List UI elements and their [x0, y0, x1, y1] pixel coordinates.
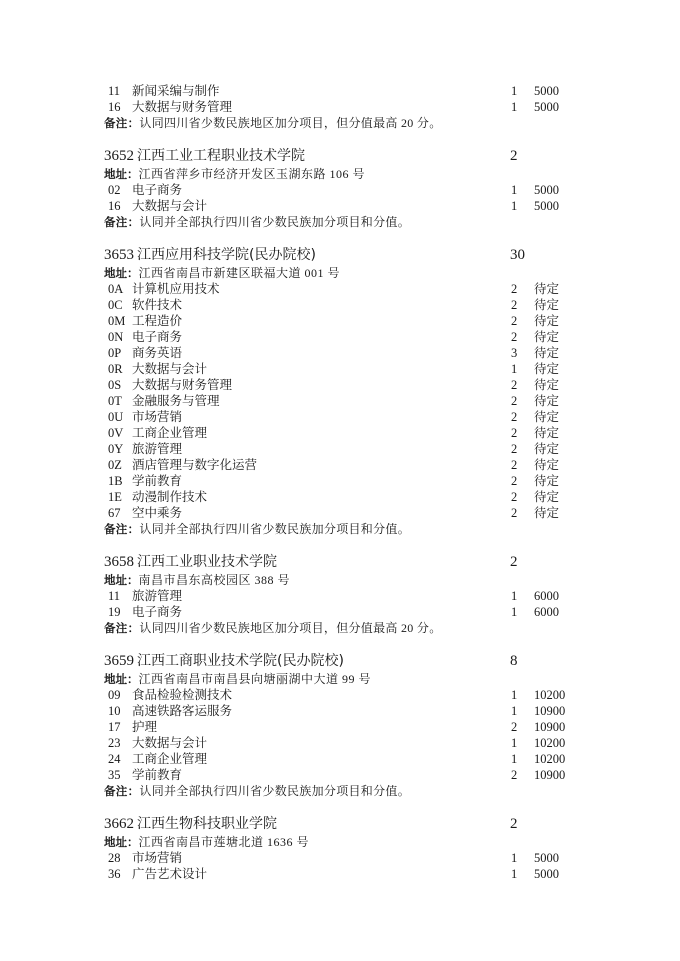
address-text: 江西省萍乡市经济开发区玉湖东路 106 号 [139, 167, 366, 181]
program-fee: 待定 [534, 361, 559, 377]
program-name: 护理 [132, 719, 157, 735]
program-row: 0U市场营销2待定 [104, 409, 584, 425]
program-row: 0T金融服务与管理2待定 [104, 393, 584, 409]
note-text: 认同并全部执行四川省少数民族加分项目和分值。 [139, 215, 410, 229]
program-code: 67 [108, 505, 121, 521]
program-name: 大数据与会计 [132, 361, 207, 377]
program-count: 1 [511, 83, 517, 99]
program-code: 0N [108, 329, 123, 345]
program-list: 0A计算机应用技术2待定0C软件技术2待定0M工程造价2待定0N电子商务2待定0… [104, 281, 584, 521]
note: 备注：认同并全部执行四川省少数民族加分项目和分值。 [104, 783, 584, 799]
note: 备注：认同四川省少数民族地区加分项目，但分值最高 20 分。 [104, 620, 584, 636]
program-fee: 5000 [534, 850, 559, 866]
school-name: 江西工业工程职业技术学院 [137, 146, 305, 166]
program-name: 学前教育 [132, 473, 182, 489]
program-row: 0A计算机应用技术2待定 [104, 281, 584, 297]
program-fee: 10200 [534, 751, 565, 767]
address-label: 地址： [104, 266, 139, 280]
program-name: 动漫制作技术 [132, 489, 207, 505]
program-fee: 待定 [534, 473, 559, 489]
note-label: 备注： [104, 784, 139, 798]
program-count: 1 [511, 703, 517, 719]
program-row: 16 大数据与财务管理 1 5000 [104, 99, 584, 115]
program-code: 28 [108, 850, 121, 866]
note: 备注：认同并全部执行四川省少数民族加分项目和分值。 [104, 521, 584, 537]
school-header: 3658 江西工业职业技术学院 2 [104, 552, 584, 572]
school-address: 地址：南昌市昌东高校园区 388 号 [104, 572, 584, 588]
program-fee: 待定 [534, 377, 559, 393]
program-name: 工程造价 [132, 313, 182, 329]
program-name: 电子商务 [132, 182, 182, 198]
program-row: 19电子商务16000 [104, 604, 584, 620]
program-fee: 待定 [534, 393, 559, 409]
program-code: 0R [108, 361, 123, 377]
program-count: 2 [511, 457, 517, 473]
program-name: 大数据与财务管理 [132, 377, 232, 393]
program-code: 11 [108, 588, 120, 604]
school-address: 地址：江西省南昌市南昌县向塘丽湖中大道 99 号 [104, 671, 584, 687]
program-count: 2 [511, 767, 517, 783]
program-row: 0N电子商务2待定 [104, 329, 584, 345]
school-id: 3659 [104, 651, 134, 671]
program-name: 市场营销 [132, 850, 182, 866]
program-name: 大数据与财务管理 [132, 99, 232, 115]
program-count: 1 [511, 687, 517, 703]
program-fee: 待定 [534, 441, 559, 457]
address-label: 地址： [104, 167, 139, 181]
program-count: 2 [511, 393, 517, 409]
program-fee: 10900 [534, 703, 565, 719]
program-row: 0P商务英语3待定 [104, 345, 584, 361]
program-row: 1E动漫制作技术2待定 [104, 489, 584, 505]
school-name: 江西工商职业技术学院(民办院校) [137, 651, 344, 671]
program-name: 工商企业管理 [132, 751, 207, 767]
program-count: 2 [511, 329, 517, 345]
program-row: 23大数据与会计110200 [104, 735, 584, 751]
school-name: 江西应用科技学院(民办院校) [137, 245, 316, 265]
program-list: 09食品检验检测技术11020010高速铁路客运服务11090017护理2109… [104, 687, 584, 783]
program-name: 广告艺术设计 [132, 866, 207, 882]
program-name: 金融服务与管理 [132, 393, 220, 409]
program-count: 2 [511, 313, 517, 329]
program-code: 24 [108, 751, 121, 767]
program-fee: 待定 [534, 345, 559, 361]
program-count: 1 [511, 198, 517, 214]
program-row: 67空中乘务2待定 [104, 505, 584, 521]
school-name: 江西生物科技职业学院 [137, 814, 277, 834]
note-text: 认同并全部执行四川省少数民族加分项目和分值。 [139, 522, 410, 536]
program-row: 11 新闻采编与制作 1 5000 [104, 83, 584, 99]
program-fee: 待定 [534, 329, 559, 345]
program-name: 大数据与会计 [132, 735, 207, 751]
program-name: 软件技术 [132, 297, 182, 313]
program-code: 0V [108, 425, 123, 441]
school-address: 地址：江西省萍乡市经济开发区玉湖东路 106 号 [104, 166, 584, 182]
program-code: 0P [108, 345, 121, 361]
program-count: 1 [511, 604, 517, 620]
school-address: 地址：江西省南昌市新建区联福大道 001 号 [104, 265, 584, 281]
program-count: 2 [511, 441, 517, 457]
program-name: 电子商务 [132, 329, 182, 345]
program-count: 1 [511, 588, 517, 604]
program-name: 高速铁路客运服务 [132, 703, 232, 719]
school-total: 8 [510, 651, 518, 671]
school-id: 3658 [104, 552, 134, 572]
program-name: 食品检验检测技术 [132, 687, 232, 703]
program-code: 11 [108, 83, 120, 99]
program-row: 09食品检验检测技术110200 [104, 687, 584, 703]
program-count: 2 [511, 425, 517, 441]
program-name: 计算机应用技术 [132, 281, 220, 297]
program-name: 空中乘务 [132, 505, 182, 521]
school-total: 2 [510, 146, 518, 166]
program-row: 0C软件技术2待定 [104, 297, 584, 313]
program-count: 1 [511, 99, 517, 115]
program-count: 1 [511, 735, 517, 751]
program-code: 0T [108, 393, 122, 409]
program-code: 36 [108, 866, 121, 882]
program-count: 1 [511, 850, 517, 866]
program-count: 2 [511, 281, 517, 297]
note-text: 认同四川省少数民族地区加分项目，但分值最高 20 分。 [139, 621, 441, 635]
program-row: 10高速铁路客运服务110900 [104, 703, 584, 719]
program-fee: 待定 [534, 425, 559, 441]
program-row: 0Z酒店管理与数字化运营2待定 [104, 457, 584, 473]
program-fee: 6000 [534, 588, 559, 604]
program-fee: 待定 [534, 281, 559, 297]
program-count: 1 [511, 182, 517, 198]
address-text: 江西省南昌市新建区联福大道 001 号 [139, 266, 341, 280]
program-fee: 5000 [534, 198, 559, 214]
program-code: 10 [108, 703, 121, 719]
program-fee: 待定 [534, 489, 559, 505]
program-list: 28市场营销1500036广告艺术设计15000 [104, 850, 584, 882]
program-fee: 6000 [534, 604, 559, 620]
program-row: 1B学前教育2待定 [104, 473, 584, 489]
program-fee: 5000 [534, 83, 559, 99]
program-count: 1 [511, 751, 517, 767]
program-code: 19 [108, 604, 121, 620]
program-count: 1 [511, 361, 517, 377]
program-code: 1E [108, 489, 122, 505]
program-count: 2 [511, 489, 517, 505]
program-row: 11旅游管理16000 [104, 588, 584, 604]
note-label: 备注： [104, 116, 139, 130]
school-total: 2 [510, 814, 518, 834]
address-label: 地址： [104, 835, 139, 849]
program-fee: 5000 [534, 182, 559, 198]
school-id: 3662 [104, 814, 134, 834]
program-count: 1 [511, 866, 517, 882]
school-header: 3652 江西工业工程职业技术学院 2 [104, 146, 584, 166]
program-count: 2 [511, 719, 517, 735]
address-text: 南昌市昌东高校园区 388 号 [139, 573, 291, 587]
school-id: 3652 [104, 146, 134, 166]
program-count: 2 [511, 377, 517, 393]
program-list: 11旅游管理1600019电子商务16000 [104, 588, 584, 620]
document-page: 11 新闻采编与制作 1 5000 16 大数据与财务管理 1 5000 备注：… [104, 83, 584, 882]
program-code: 0U [108, 409, 123, 425]
program-fee: 待定 [534, 297, 559, 313]
program-code: 0S [108, 377, 121, 393]
program-row: 36广告艺术设计15000 [104, 866, 584, 882]
program-code: 35 [108, 767, 121, 783]
program-fee: 5000 [534, 99, 559, 115]
program-fee: 待定 [534, 409, 559, 425]
program-code: 0C [108, 297, 123, 313]
program-row: 28市场营销15000 [104, 850, 584, 866]
program-code: 0Y [108, 441, 123, 457]
program-code: 1B [108, 473, 123, 489]
program-fee: 5000 [534, 866, 559, 882]
program-row: 16 大数据与会计 1 5000 [104, 198, 584, 214]
program-row: 24工商企业管理110200 [104, 751, 584, 767]
note-text: 认同并全部执行四川省少数民族加分项目和分值。 [139, 784, 410, 798]
program-code: 23 [108, 735, 121, 751]
program-fee: 待定 [534, 457, 559, 473]
program-code: 0A [108, 281, 123, 297]
program-fee: 10900 [534, 719, 565, 735]
school-header: 3662 江西生物科技职业学院 2 [104, 814, 584, 834]
school-total: 30 [510, 245, 525, 265]
school-address: 地址：江西省南昌市莲塘北道 1636 号 [104, 834, 584, 850]
program-row: 02 电子商务 1 5000 [104, 182, 584, 198]
program-name: 商务英语 [132, 345, 182, 361]
program-row: 0M工程造价2待定 [104, 313, 584, 329]
program-row: 17护理210900 [104, 719, 584, 735]
note: 备注：认同并全部执行四川省少数民族加分项目和分值。 [104, 214, 584, 230]
program-row: 35学前教育210900 [104, 767, 584, 783]
school-header: 3659 江西工商职业技术学院(民办院校) 8 [104, 651, 584, 671]
address-text: 江西省南昌市莲塘北道 1636 号 [139, 835, 310, 849]
program-code: 0Z [108, 457, 122, 473]
program-code: 02 [108, 182, 121, 198]
school-name: 江西工业职业技术学院 [137, 552, 277, 572]
program-name: 大数据与会计 [132, 198, 207, 214]
note: 备注：认同四川省少数民族地区加分项目，但分值最高 20 分。 [104, 115, 584, 131]
program-name: 市场营销 [132, 409, 182, 425]
note-label: 备注： [104, 215, 139, 229]
note-label: 备注： [104, 522, 139, 536]
program-fee: 待定 [534, 313, 559, 329]
program-code: 16 [108, 198, 121, 214]
school-id: 3653 [104, 245, 134, 265]
program-name: 旅游管理 [132, 441, 182, 457]
program-name: 工商企业管理 [132, 425, 207, 441]
program-fee: 10900 [534, 767, 565, 783]
program-name: 电子商务 [132, 604, 182, 620]
address-text: 江西省南昌市南昌县向塘丽湖中大道 99 号 [139, 672, 372, 686]
program-code: 09 [108, 687, 121, 703]
program-name: 新闻采编与制作 [132, 83, 220, 99]
program-count: 2 [511, 297, 517, 313]
program-count: 2 [511, 473, 517, 489]
school-header: 3653 江西应用科技学院(民办院校) 30 [104, 245, 584, 265]
program-name: 旅游管理 [132, 588, 182, 604]
program-row: 0V工商企业管理2待定 [104, 425, 584, 441]
program-name: 学前教育 [132, 767, 182, 783]
address-label: 地址： [104, 573, 139, 587]
note-text: 认同四川省少数民族地区加分项目，但分值最高 20 分。 [139, 116, 441, 130]
program-fee: 10200 [534, 687, 565, 703]
program-code: 17 [108, 719, 121, 735]
program-count: 3 [511, 345, 517, 361]
school-total: 2 [510, 552, 518, 572]
address-label: 地址： [104, 672, 139, 686]
program-count: 2 [511, 409, 517, 425]
program-name: 酒店管理与数字化运营 [132, 457, 257, 473]
program-fee: 待定 [534, 505, 559, 521]
note-label: 备注： [104, 621, 139, 635]
program-row: 0R大数据与会计1待定 [104, 361, 584, 377]
program-row: 0S大数据与财务管理2待定 [104, 377, 584, 393]
program-row: 0Y旅游管理2待定 [104, 441, 584, 457]
program-code: 0M [108, 313, 125, 329]
program-fee: 10200 [534, 735, 565, 751]
program-code: 16 [108, 99, 121, 115]
program-count: 2 [511, 505, 517, 521]
